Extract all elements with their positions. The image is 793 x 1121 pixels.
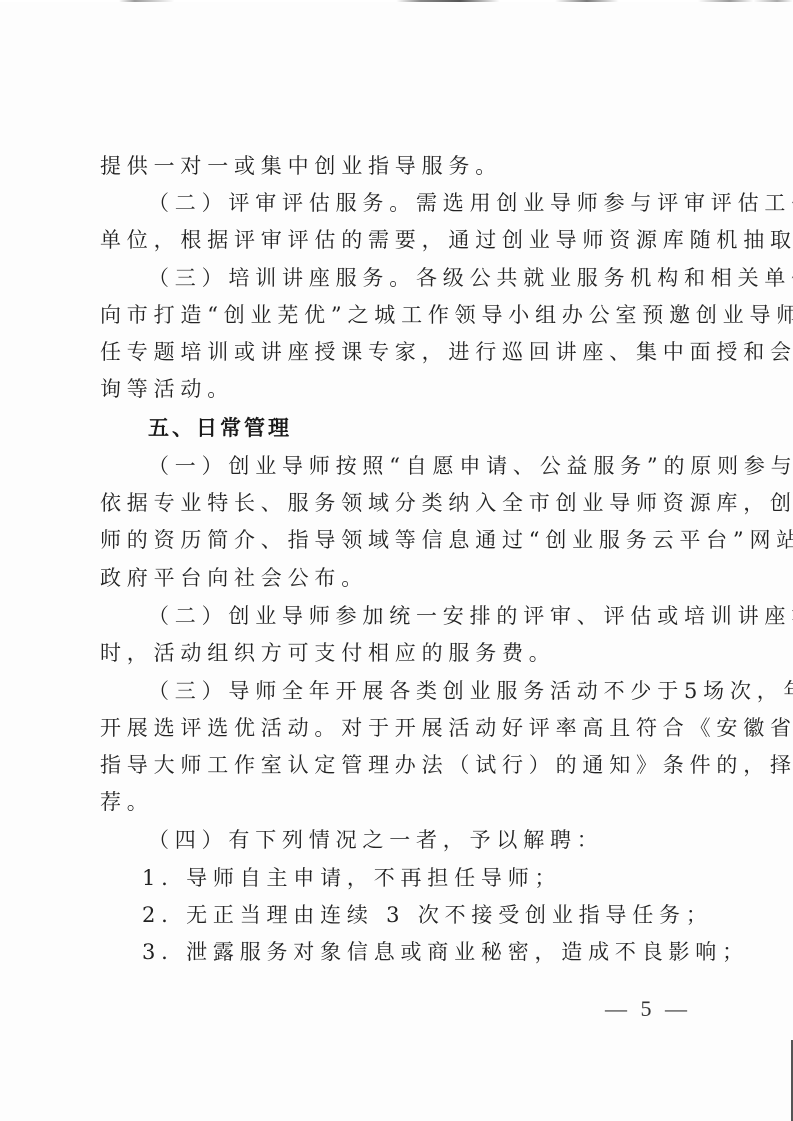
- paragraph-start-line: （三）培训讲座服务。各级公共就业服务机构和相关单位可: [148, 262, 748, 294]
- text-line: 师的资历简介、指导领域等信息通过“创业服务云平台”网站等: [100, 524, 700, 556]
- document-page: 提供一对一或集中创业指导服务。 （二）评审评估服务。需选用创业导师参与评审评估工…: [0, 0, 793, 1121]
- scan-edge-artifact: [0, 0, 793, 2]
- text-line: 荐。: [100, 786, 700, 818]
- text-line: 时，活动组织方可支付相应的服务费。: [100, 637, 700, 669]
- list-item: 1. 导师自主申请，不再担任导师；: [142, 862, 742, 894]
- list-item: 2. 无正当理由连续 3 次不接受创业指导任务；: [142, 899, 742, 931]
- page-number: — 5 —: [605, 993, 691, 1025]
- text-line: 任专题培训或讲座授课专家，进行巡回讲座、集中面授和会诊咨: [100, 336, 700, 368]
- paragraph-start-line: （三）导师全年开展各类创业服务活动不少于5场次，年度: [148, 675, 748, 707]
- text-line: 指导大师工作室认定管理办法（试行）的通知》条件的，择优推: [100, 749, 700, 781]
- text-line: 开展选评选优活动。对于开展活动好评率高且符合《安徽省创业: [100, 712, 700, 744]
- text-line: 依据专业特长、服务领域分类纳入全市创业导师资源库，创业导: [100, 487, 700, 519]
- text-line: 政府平台向社会公布。: [100, 562, 700, 594]
- text-line: 询等活动。: [100, 373, 700, 405]
- paragraph-start-line: （二）创业导师参加统一安排的评审、评估或培训讲座活动: [148, 600, 748, 632]
- text-line: 单位，根据评审评估的需要，通过创业导师资源库随机抽取。: [100, 224, 700, 256]
- section-heading: 五、日常管理: [148, 412, 748, 444]
- paragraph-start-line: （二）评审评估服务。需选用创业导师参与评审评估工作的: [148, 187, 748, 219]
- text-line: 提供一对一或集中创业指导服务。: [100, 150, 700, 182]
- list-item: 3. 泄露服务对象信息或商业秘密，造成不良影响；: [142, 936, 742, 968]
- text-line: 向市打造“创业芜优”之城工作领导小组办公室预邀创业导师担: [100, 299, 700, 331]
- paragraph-start-line: （一）创业导师按照“自愿申请、公益服务”的原则参与，: [148, 450, 748, 482]
- paragraph-start-line: （四）有下列情况之一者，予以解聘：: [148, 824, 748, 856]
